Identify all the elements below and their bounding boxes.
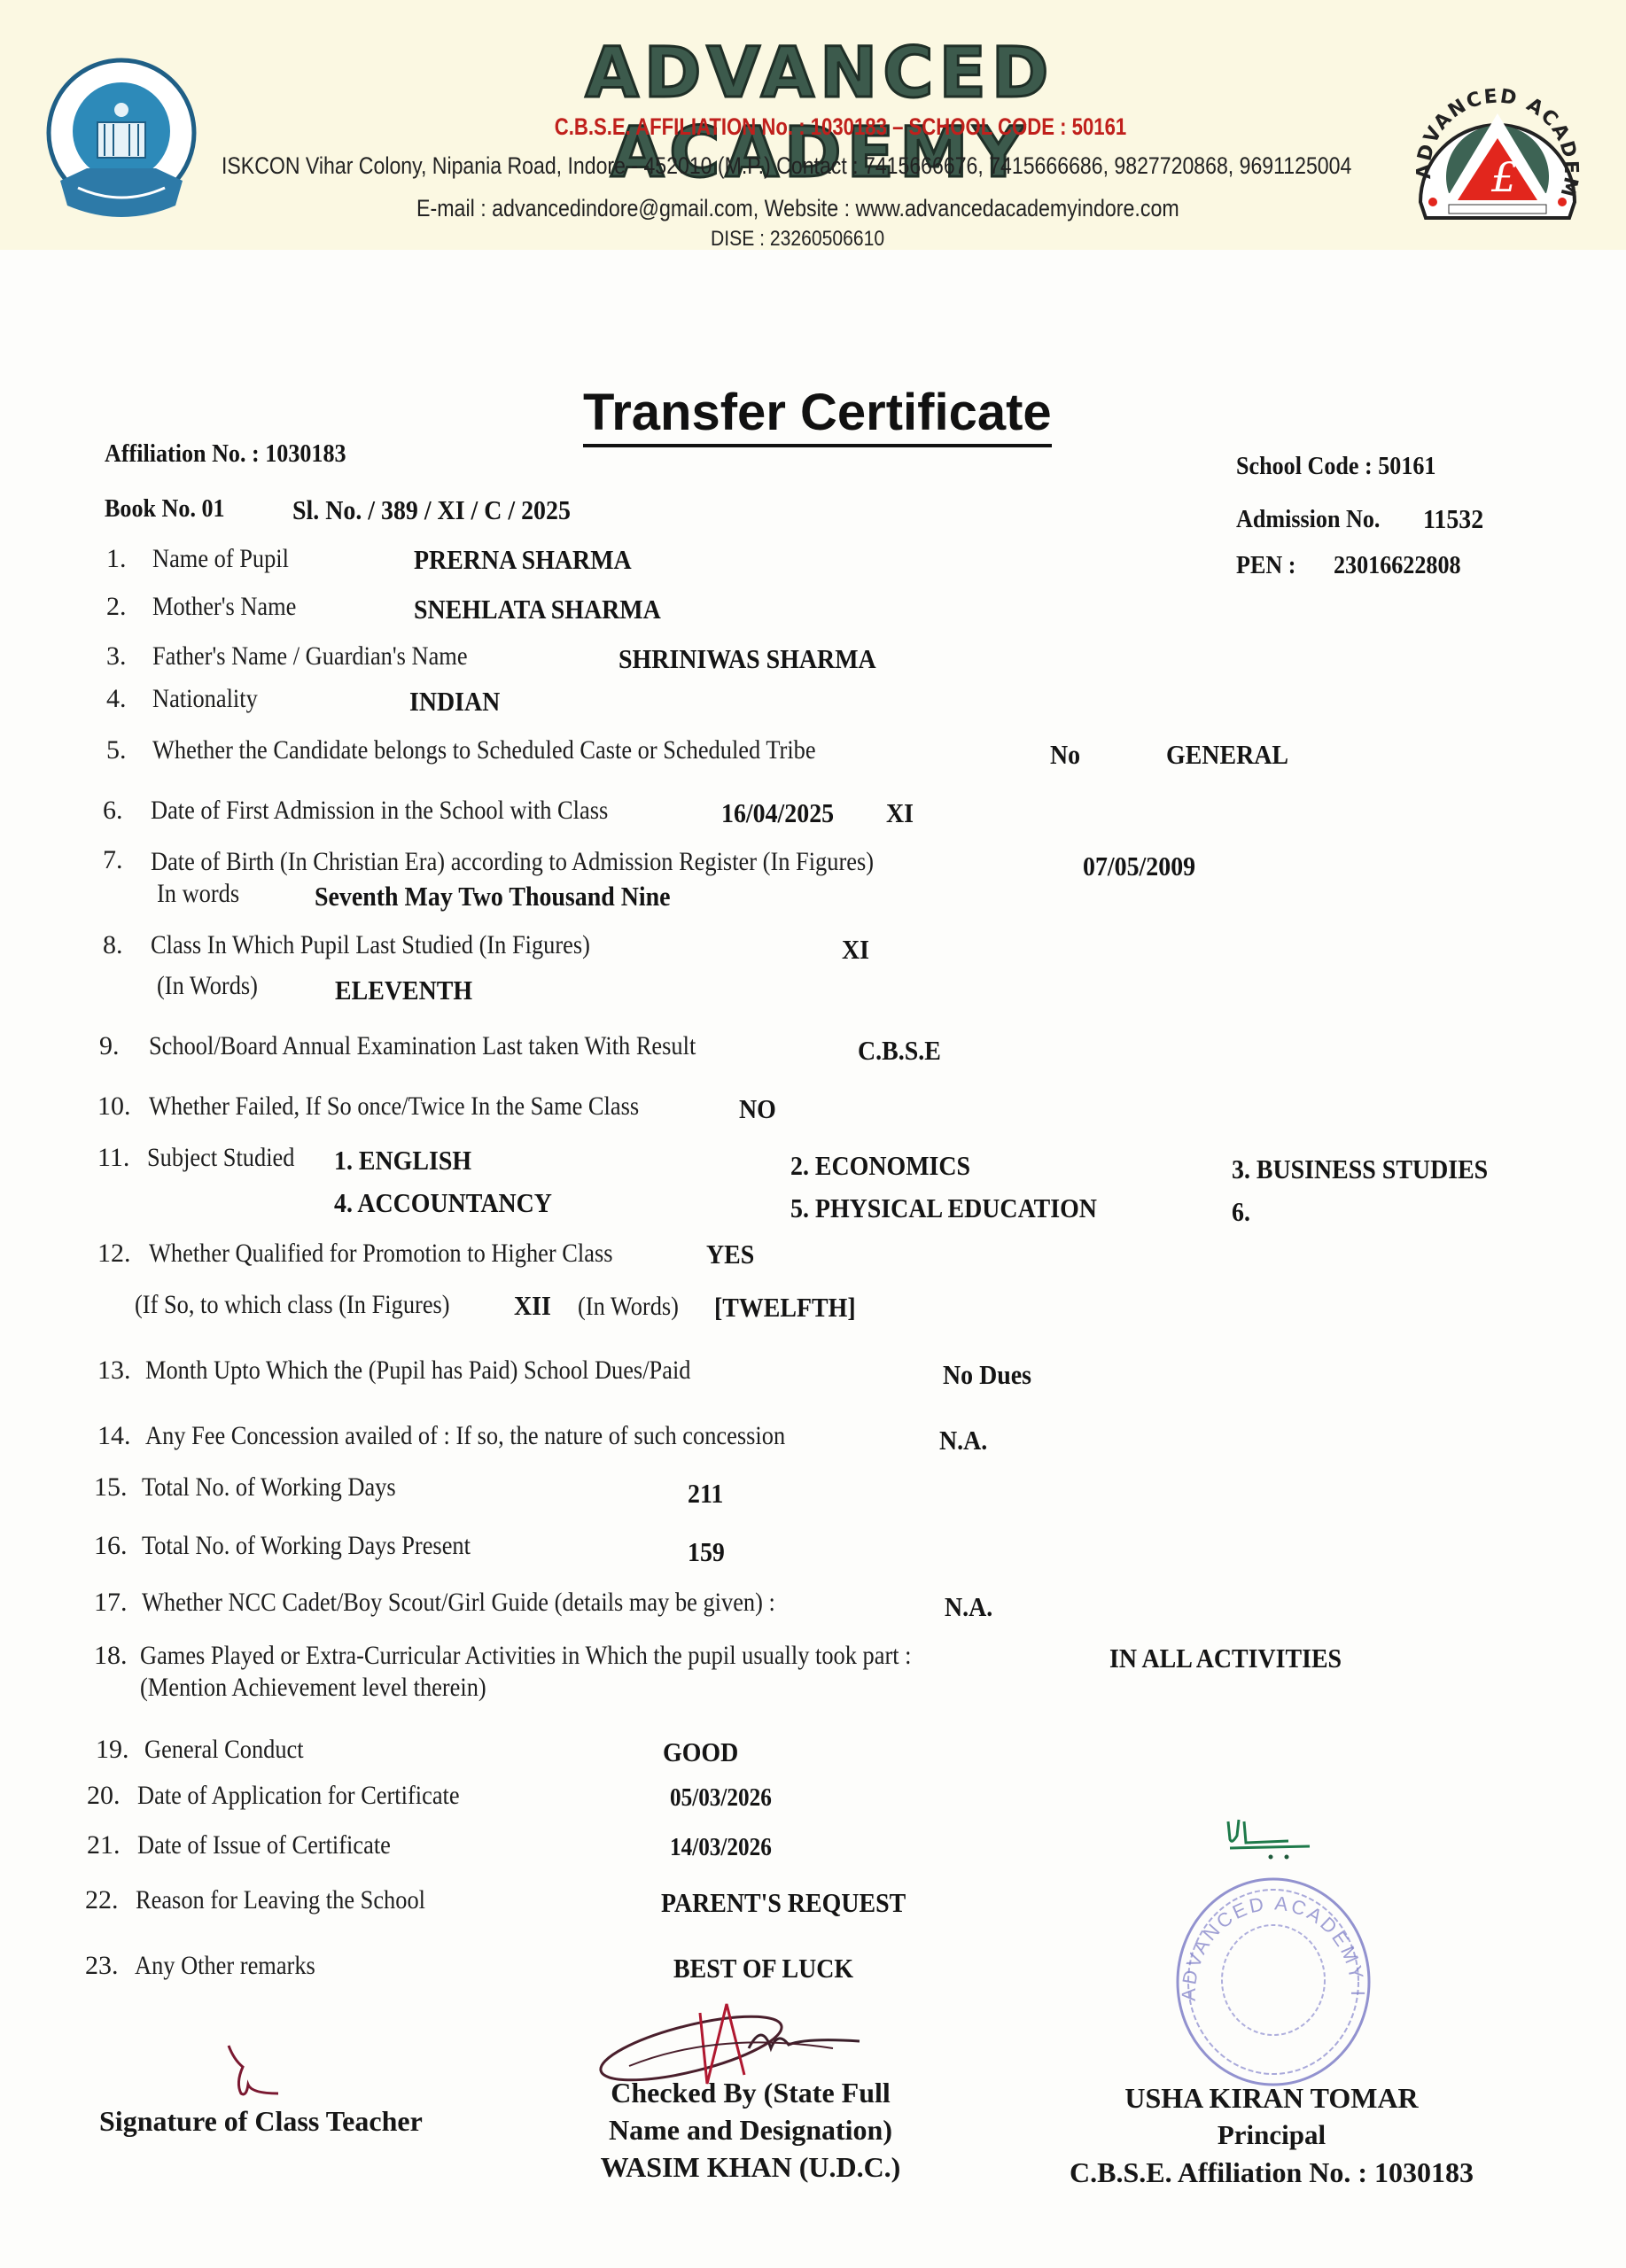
- subject-item: 2. ECONOMICS: [790, 1150, 970, 1182]
- item-number: 7.: [103, 845, 123, 875]
- pen-value: 23016622808: [1334, 551, 1461, 580]
- svg-text:£: £: [1490, 153, 1517, 201]
- working-days-value: 211: [688, 1478, 723, 1510]
- concession-value: N.A.: [939, 1425, 987, 1456]
- dues-label: Month Upto Which the (Pupil has Paid) Sc…: [145, 1355, 690, 1386]
- subject-item: 5. PHYSICAL EDUCATION: [790, 1192, 1097, 1224]
- conduct-value: GOOD: [663, 1736, 738, 1768]
- days-present-label: Total No. of Working Days Present: [142, 1531, 471, 1561]
- issue-date-value: 14/03/2026: [670, 1834, 772, 1862]
- item-number: 12.: [97, 1239, 131, 1269]
- activities-label: Games Played or Extra-Curricular Activit…: [140, 1641, 912, 1671]
- father-name-value: SHRINIWAS SHARMA: [619, 643, 876, 675]
- page-title: Transfer Certificate: [583, 383, 1052, 447]
- mother-name-label: Mother's Name: [152, 592, 296, 622]
- promotion-class-figures: XII: [514, 1290, 551, 1322]
- pupil-name-label: Name of Pupil: [152, 544, 289, 574]
- admission-class-value: XI: [886, 797, 914, 829]
- item-number: 15.: [94, 1472, 128, 1503]
- activities-sub-label: (Mention Achievement level therein): [140, 1673, 486, 1703]
- checked-by-label-1: Checked By (State Full: [595, 2075, 906, 2110]
- application-date-label: Date of Application for Certificate: [137, 1781, 460, 1811]
- promotion-words-value: [TWELFTH]: [714, 1292, 856, 1324]
- item-number: 13.: [97, 1355, 131, 1386]
- item-number: 3.: [106, 641, 127, 672]
- dob-words-label: In words: [157, 879, 239, 909]
- category-value: GENERAL: [1166, 739, 1288, 771]
- failed-label: Whether Failed, If So once/Twice In the …: [149, 1091, 639, 1122]
- item-number: 6.: [103, 796, 123, 826]
- school-stamp-icon: ADVANCED ACADEMY INDORE: [1168, 1874, 1379, 2091]
- subject-item: 3. BUSINESS STUDIES: [1232, 1153, 1488, 1185]
- class-teacher-label: Signature of Class Teacher: [99, 2103, 423, 2139]
- caste-label: Whether the Candidate belongs to Schedul…: [152, 735, 816, 765]
- item-number: 8.: [103, 930, 123, 960]
- nationality-value: INDIAN: [409, 686, 500, 718]
- affiliation-no: Affiliation No. : 1030183: [105, 439, 346, 469]
- promotion-value: YES: [706, 1239, 754, 1270]
- subject-item: 6.: [1232, 1196, 1250, 1228]
- promotion-words-label: (In Words): [578, 1292, 679, 1322]
- mother-name-value: SNEHLATA SHARMA: [414, 594, 661, 625]
- pupil-name-value: PRERNA SHARMA: [414, 544, 632, 576]
- last-class-words: ELEVENTH: [335, 975, 472, 1006]
- item-number: 16.: [94, 1531, 128, 1561]
- admission-date-value: 16/04/2025: [721, 797, 834, 829]
- item-number: 10.: [97, 1091, 131, 1122]
- caste-value: No: [1050, 739, 1080, 771]
- item-number: 4.: [106, 684, 127, 714]
- activities-value: IN ALL ACTIVITIES: [1109, 1643, 1342, 1674]
- pen-label: PEN :: [1236, 551, 1295, 580]
- item-number: 21.: [87, 1830, 121, 1860]
- serial-no: Sl. No. / 389 / XI / C / 2025: [292, 494, 571, 526]
- item-number: 23.: [85, 1951, 119, 1981]
- dob-figures-value: 07/05/2009: [1083, 850, 1195, 882]
- conduct-label: General Conduct: [144, 1735, 304, 1765]
- remarks-label: Any Other remarks: [135, 1951, 315, 1981]
- item-number: 5.: [106, 735, 127, 765]
- principal-affiliation: C.B.S.E. Affiliation No. : 1030183: [1059, 2155, 1484, 2190]
- class-teacher-signature-icon: [222, 2042, 319, 2109]
- checked-by-name: WASIM KHAN (U.D.C.): [582, 2149, 919, 2185]
- item-number: 17.: [94, 1588, 128, 1618]
- item-number: 11.: [97, 1143, 129, 1173]
- last-class-label: Class In Which Pupil Last Studied (In Fi…: [151, 930, 590, 960]
- item-number: 20.: [87, 1781, 121, 1811]
- concession-label: Any Fee Concession availed of : If so, t…: [145, 1421, 785, 1451]
- admission-no: 11532: [1423, 503, 1483, 535]
- letterhead: ADVANCED ACADEMY C.B.S.E. AFFILIATION No…: [0, 0, 1626, 250]
- leaving-reason-value: PARENT'S REQUEST: [661, 1887, 906, 1919]
- principal-title: Principal: [1077, 2117, 1467, 2153]
- exam-label: School/Board Annual Examination Last tak…: [149, 1031, 696, 1061]
- item-number: 18.: [94, 1641, 128, 1671]
- item-number: 2.: [106, 592, 127, 622]
- exam-value: C.B.S.E: [858, 1035, 941, 1067]
- working-days-label: Total No. of Working Days: [142, 1472, 396, 1503]
- subject-item: 1. ENGLISH: [334, 1145, 471, 1177]
- school-code: School Code : 50161: [1236, 452, 1435, 481]
- item-number: 19.: [96, 1735, 129, 1765]
- item-number: 22.: [85, 1885, 119, 1915]
- dues-value: No Dues: [943, 1359, 1031, 1391]
- days-present-value: 159: [688, 1536, 725, 1568]
- failed-value: NO: [739, 1093, 776, 1125]
- admission-label: Admission No.: [1236, 505, 1380, 534]
- ncc-value: N.A.: [945, 1591, 992, 1623]
- promotion-label: Whether Qualified for Promotion to Highe…: [149, 1239, 612, 1269]
- remarks-value: BEST OF LUCK: [673, 1953, 853, 1984]
- nationality-label: Nationality: [152, 684, 258, 714]
- item-number: 9.: [99, 1031, 120, 1061]
- issue-date-label: Date of Issue of Certificate: [137, 1830, 391, 1860]
- last-class-words-label: (In Words): [157, 971, 258, 1001]
- checked-by-label-2: Name and Designation): [595, 2112, 906, 2148]
- ncc-label: Whether NCC Cadet/Boy Scout/Girl Guide (…: [142, 1588, 775, 1618]
- admission-date-label: Date of First Admission in the School wi…: [151, 796, 608, 826]
- dise-line: DISE : 23260506610: [711, 227, 884, 252]
- item-number: 14.: [97, 1421, 131, 1451]
- dob-words-value: Seventh May Two Thousand Nine: [315, 881, 671, 913]
- contact-line: E-mail : advancedindore@gmail.com, Websi…: [416, 195, 1179, 222]
- principal-name: USHA KIRAN TOMAR: [1077, 2080, 1467, 2116]
- promotion-class-label: (If So, to which class (In Figures): [135, 1290, 450, 1320]
- book-no: Book No. 01: [105, 494, 225, 524]
- cbse-emblem-icon: [43, 55, 200, 221]
- subjects-label: Subject Studied: [147, 1143, 294, 1173]
- last-class-figures: XI: [842, 934, 869, 966]
- subject-item: 4. ACCOUNTANCY: [334, 1187, 552, 1219]
- affiliation-line: C.B.S.E. AFFILIATION No. : 1030183 – SCH…: [555, 113, 1085, 141]
- address-line: ISKCON Vihar Colony, Nipania Road, Indor…: [222, 152, 1351, 180]
- advanced-academy-emblem-icon: £ ADVANCED ACADEMY: [1413, 78, 1582, 224]
- application-date-value: 05/03/2026: [670, 1784, 772, 1813]
- principal-signature-icon: [1225, 1818, 1322, 1876]
- item-number: 1.: [106, 544, 127, 574]
- dob-label: Date of Birth (In Christian Era) accordi…: [151, 847, 874, 877]
- father-name-label: Father's Name / Guardian's Name: [152, 641, 468, 672]
- leaving-reason-label: Reason for Leaving the School: [136, 1885, 425, 1915]
